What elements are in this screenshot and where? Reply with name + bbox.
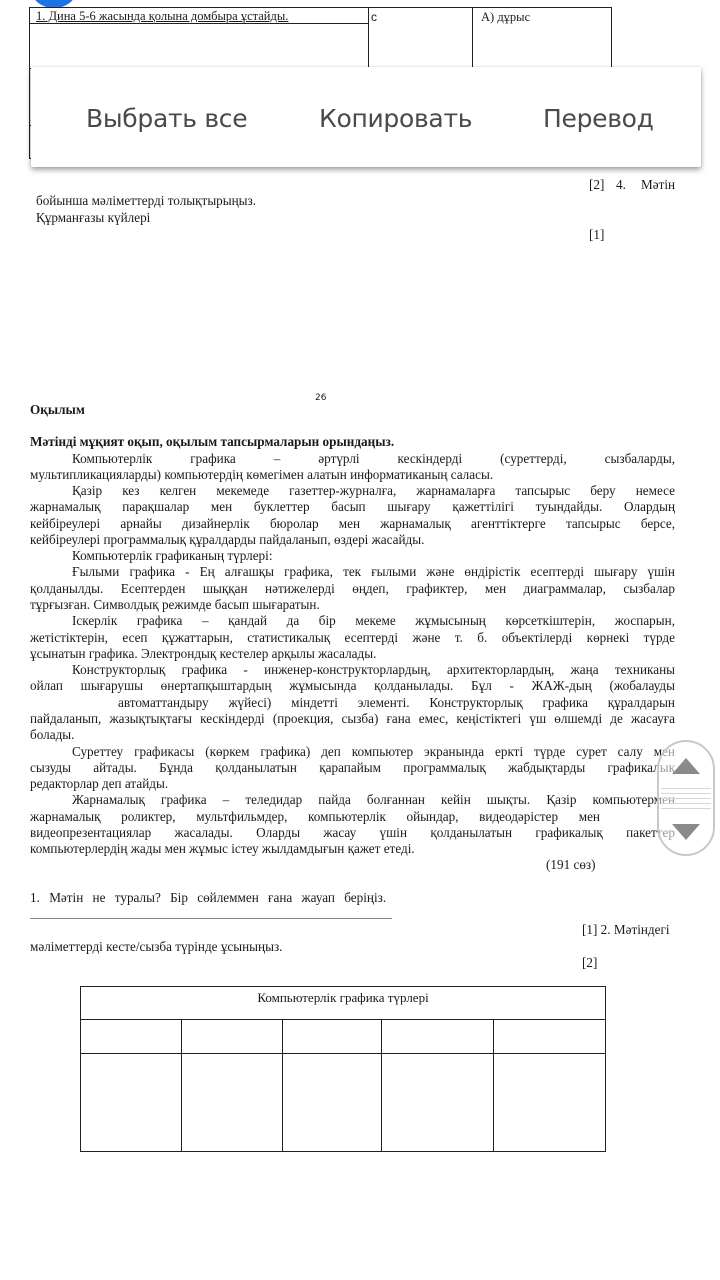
table-header-row: [81, 1020, 605, 1054]
text-line: Іскерлік графика – қандай да бір мекеме …: [72, 613, 675, 629]
score-label: [1]: [589, 227, 604, 243]
task-text: бойынша мәліметтерді толықтырыңыз.: [36, 193, 256, 209]
table-title: Компьютерлік графика түрлері: [81, 987, 605, 1020]
text-line: Суреттеу графикасы (көркем графика) деп …: [72, 744, 675, 760]
scroll-down-icon[interactable]: [672, 824, 700, 840]
text-line: Жарнамалық графика – теледидар пайда бол…: [72, 792, 675, 808]
column-divider: [381, 1020, 382, 1151]
text-line: ұсынатын графика. Электрондық кестелер а…: [30, 646, 675, 662]
column-divider: [493, 1020, 494, 1151]
grip-line: [661, 798, 711, 799]
text-line: кейбіреулері арнайы дизайнерлік бюролар …: [30, 516, 675, 532]
text-line: редакторлар деп атайды.: [30, 776, 675, 792]
text-line: мультипликацияларды) компьютердің көмегі…: [30, 467, 675, 483]
text-line: компьютерлердің жады мен жұмыс істеу жыл…: [30, 841, 675, 857]
text-line: тұрғызған. Символдық режимде басып шығар…: [30, 597, 675, 613]
text-line: Ғылыми графика - Ең алғашқы графика, тек…: [72, 564, 675, 580]
text-selection-menu: Выбрать все Копировать Перевод: [31, 67, 701, 167]
task-text: Құрманғазы күйлері: [36, 210, 150, 226]
text-line: Компьютерлік графиканың түрлері:: [72, 548, 272, 564]
question-1: 1. Мәтін не туралы? Бір сөйлеммен ғана ж…: [30, 890, 386, 906]
column-divider: [181, 1020, 182, 1151]
section-heading: Оқылым: [30, 402, 85, 418]
text-line: Компьютерлік графика – әртүрлі кескіндер…: [72, 451, 675, 467]
text-line: Конструкторлық графика - инженер-констру…: [72, 662, 675, 678]
question-2-text: мәліметтерді кесте/сызба түрінде ұсыныңы…: [30, 939, 282, 955]
document-page: 1. Дина 5-6 жасында қолына домбыра ұстай…: [0, 0, 720, 1280]
text-line: пайдаланып, жазықтықтағы кескіндерді (пр…: [30, 711, 675, 727]
text-line: жарнамалық роликтер, мультфильмдер, комп…: [30, 809, 600, 825]
text-line: қолданылды. Есептерден шыққан нәтижелерд…: [30, 581, 675, 597]
graphics-types-table: Компьютерлік графика түрлері: [80, 986, 606, 1152]
text-line: жетістіктерін, есеп құжаттарын, статисти…: [30, 630, 675, 646]
grip-line: [661, 788, 711, 789]
select-all-button[interactable]: Выбрать все: [86, 67, 247, 167]
text-line: болады.: [30, 727, 675, 743]
text-line: жарнамалық парақшалар мен буклеттер басы…: [30, 499, 675, 515]
copy-button[interactable]: Копировать: [319, 67, 472, 167]
grip-line: [661, 808, 711, 809]
scroll-widget[interactable]: [657, 740, 715, 856]
instruction-text: Мәтінді мұқият оқып, оқылым тапсырмалары…: [30, 434, 394, 450]
text-line: сызуды айтады. Бұнда қолданылатын қарапа…: [30, 760, 675, 776]
scroll-up-icon[interactable]: [672, 758, 700, 774]
score-label: [2]: [589, 177, 604, 193]
answer-line[interactable]: [30, 918, 392, 919]
grip-line: [661, 803, 711, 804]
question-text[interactable]: 1. Дина 5-6 жасында қолына домбыра ұстай…: [30, 8, 368, 24]
task-text: Мәтін: [641, 177, 675, 193]
word-count: (191 сөз): [546, 857, 596, 873]
grip-line: [661, 793, 711, 794]
text-line: видеопрезентациялар жасалады. Оларды жас…: [30, 825, 675, 841]
column-divider: [282, 1020, 283, 1151]
text-line: кейбіреулері программалық құралдарды пай…: [30, 532, 675, 548]
page-number: 26: [315, 390, 326, 406]
text-line: Қазір кез келген мекемеде газеттер-журна…: [72, 483, 675, 499]
task-number: 4.: [616, 177, 626, 193]
question-2-label: [1] 2. Мәтіндегі: [582, 922, 670, 938]
translate-button[interactable]: Перевод: [543, 67, 654, 167]
text-line: ойлап шығарушы өнертапқыштардың жұмысынд…: [30, 678, 675, 694]
text-line: автоматтандыру жүйесі) міндетті элементі…: [118, 695, 675, 711]
score-label: [2]: [582, 955, 597, 971]
